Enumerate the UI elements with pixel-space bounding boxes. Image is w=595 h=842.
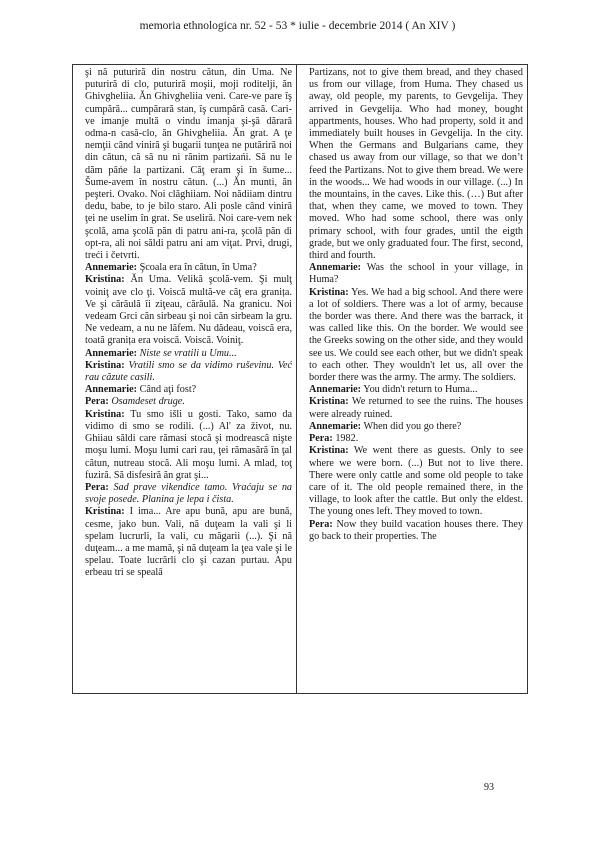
two-column-transcript-table: şi nă puturiră din nostru cătun, din Uma… (72, 64, 528, 694)
paragraph-text: When did you go there? (363, 421, 461, 432)
paragraph: Kristina: We went there as guests. Only … (309, 445, 523, 518)
paragraph: Annemarie: You didn't return to Huma... (309, 384, 523, 396)
paragraph-text: You didn't return to Huma... (363, 384, 477, 395)
paragraph-text: şi nă puturiră din nostru cătun, din Uma… (85, 67, 292, 261)
speaker-label: Pera: (85, 482, 109, 493)
paragraph: Annemarie: Când aţi fost? (85, 384, 292, 396)
speaker-label: Annemarie: (309, 384, 361, 395)
speaker-label: Annemarie: (85, 384, 137, 395)
paragraph: Partizans, not to give them bread, and t… (309, 67, 523, 262)
paragraph: Pera: Osamdeset druge. (85, 396, 292, 408)
paragraph: Kristina: I ima... Are apu bună, apu are… (85, 506, 292, 579)
speaker-label: Kristina: (309, 396, 349, 407)
paragraph-text: Partizans, not to give them bread, and t… (309, 67, 523, 261)
paragraph: Pera: 1982. (309, 433, 523, 445)
romanian-column: şi nă puturiră din nostru cătun, din Uma… (73, 65, 297, 693)
paragraph: Kristina: Ăn Uma. Velikă şcolă-vem. Şi m… (85, 274, 292, 347)
paragraph: Annemarie: When did you go there? (309, 421, 523, 433)
speaker-label: Kristina: (309, 287, 349, 298)
paragraph: Kristina: We returned to see the ruins. … (309, 396, 523, 420)
speaker-label: Pera: (309, 519, 333, 530)
running-header: memoria ethnologica nr. 52 - 53 * iulie … (0, 20, 595, 32)
speaker-label: Pera: (309, 433, 333, 444)
paragraph-text: Niste se vratili u Umu... (140, 348, 237, 359)
speaker-label: Kristina: (85, 360, 125, 371)
paragraph-text: Sad prave vikendice tamo. Vraćaju se na … (85, 482, 292, 505)
speaker-label: Kristina: (85, 274, 125, 285)
paragraph: Annemarie: Şcoala era în cătun, în Uma? (85, 262, 292, 274)
paragraph: Annemarie: Niste se vratili u Umu... (85, 348, 292, 360)
speaker-label: Pera: (85, 396, 109, 407)
paragraph: Pera: Sad prave vikendice tamo. Vraćaju … (85, 482, 292, 506)
speaker-label: Annemarie: (85, 262, 137, 273)
paragraph-text: Când aţi fost? (140, 384, 197, 395)
english-column: Partizans, not to give them bread, and t… (297, 65, 527, 693)
page-number: 93 (484, 782, 494, 793)
paragraph: Pera: Now they build vacation houses the… (309, 519, 523, 543)
speaker-label: Annemarie: (85, 348, 137, 359)
speaker-label: Kristina: (309, 445, 349, 456)
paragraph-text: Şcoala era în cătun, în Uma? (140, 262, 257, 273)
paragraph: Kristina: Vratili smo se da vidimo rušev… (85, 360, 292, 384)
paragraph: Annemarie: Was the school in your villag… (309, 262, 523, 286)
paragraph-text: Now they build vacation houses there. Th… (309, 519, 523, 542)
speaker-label: Annemarie: (309, 262, 361, 273)
paragraph: şi nă puturiră din nostru cătun, din Uma… (85, 67, 292, 262)
paragraph-text: Yes. We had a big school. And there were… (309, 287, 523, 383)
paragraph: Kristina: Tu smo išli u gosti. Tako, sam… (85, 409, 292, 482)
paragraph-text: Osamdeset druge. (111, 396, 185, 407)
paragraph-text: 1982. (335, 433, 358, 444)
speaker-label: Kristina: (85, 409, 125, 420)
paragraph: Kristina: Yes. We had a big school. And … (309, 287, 523, 385)
speaker-label: Annemarie: (309, 421, 361, 432)
speaker-label: Kristina: (85, 506, 125, 517)
